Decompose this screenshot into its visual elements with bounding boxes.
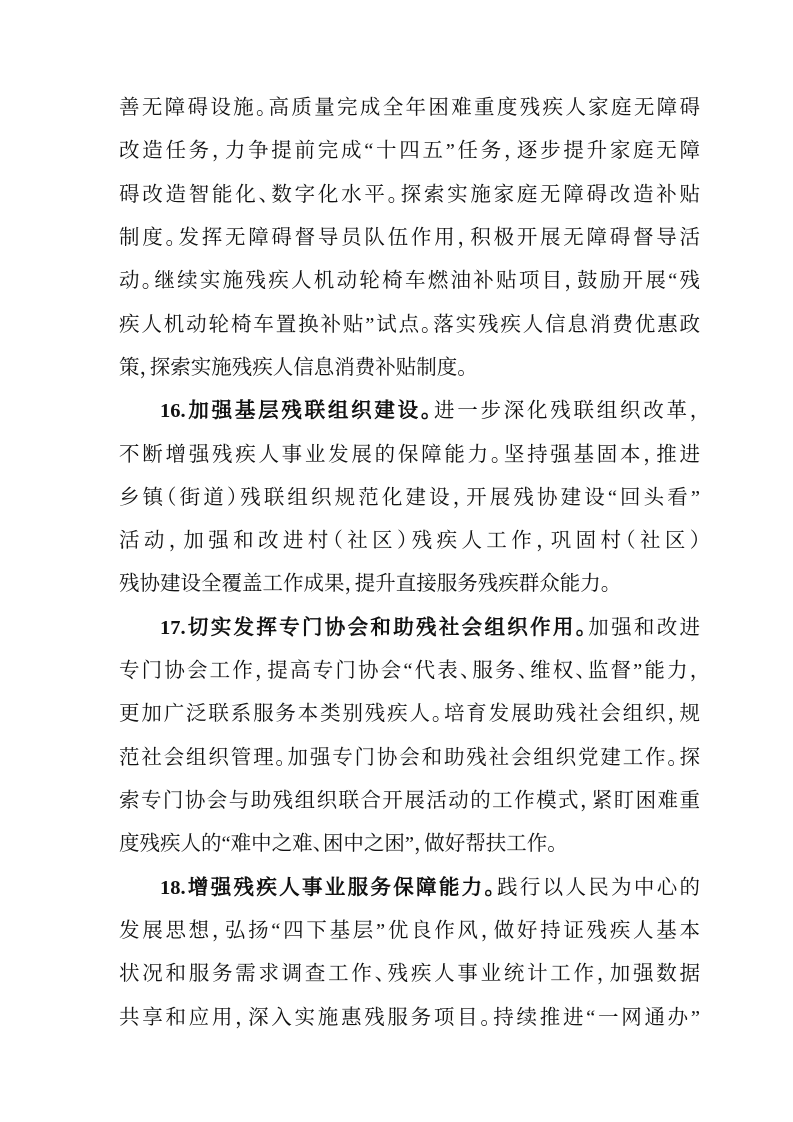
- text-line: 范社会组织管理。加强专门协会和助残社会组织党建工作。探: [119, 737, 700, 780]
- item-18-heading: 18.增强残疾人事业服务保障能力。: [160, 877, 497, 899]
- text-line: 动。继续实施残疾人机动轮椅车燃油补贴项目，鼓励开展“残: [119, 260, 700, 303]
- text-line: 活动，加强和改进村（社区）残疾人工作，巩固村（社区）: [119, 520, 700, 563]
- item-17-heading: 17.切实发挥专门协会和助残社会组织作用。: [160, 617, 588, 639]
- text-line: 改造任务，力争提前完成“十四五”任务，逐步提升家庭无障: [119, 130, 700, 173]
- item-16-heading: 16.加强基层残联组织建设。: [160, 400, 434, 422]
- text-block: 善无障碍设施。高质量完成全年困难重度残疾人家庭无障碍 改造任务，力争提前完成“十…: [119, 87, 700, 1040]
- document-page: 善无障碍设施。高质量完成全年困难重度残疾人家庭无障碍 改造任务，力争提前完成“十…: [0, 0, 793, 1122]
- item-18-first-line: 18.增强残疾人事业服务保障能力。践行以人民为中心的: [119, 867, 700, 910]
- text-line: 更加广泛联系服务本类别残疾人。培育发展助残社会组织，规: [119, 693, 700, 736]
- item-17-first-line: 17.切实发挥专门协会和助残社会组织作用。加强和改进: [119, 607, 700, 650]
- paragraph-continuation: 善无障碍设施。高质量完成全年困难重度残疾人家庭无障碍 改造任务，力争提前完成“十…: [119, 87, 700, 390]
- text-line: 度残疾人的“难中之难、困中之困”，做好帮扶工作。: [119, 823, 700, 866]
- text-line: 共享和应用，深入实施惠残服务项目。持续推进“一网通办”: [119, 997, 700, 1040]
- text-line: 善无障碍设施。高质量完成全年困难重度残疾人家庭无障碍: [119, 87, 700, 130]
- text-line: 策，探索实施残疾人信息消费补贴制度。: [119, 347, 700, 390]
- text-line: 状况和服务需求调查工作、残疾人事业统计工作，加强数据: [119, 953, 700, 996]
- text-line: 乡镇（街道）残联组织规范化建设，开展残协建设“回头看”: [119, 477, 700, 520]
- text-line: 发展思想，弘扬“四下基层”优良作风，做好持证残疾人基本: [119, 910, 700, 953]
- text-line: 疾人机动轮椅车置换补贴”试点。落实残疾人信息消费优惠政: [119, 304, 700, 347]
- text-line: 索专门协会与助残组织联合开展活动的工作模式，紧盯困难重: [119, 780, 700, 823]
- item-16-first-line-rest: 进一步深化残联组织改革，: [434, 400, 700, 422]
- text-line: 残协建设全覆盖工作成果，提升直接服务残疾群众能力。: [119, 563, 700, 606]
- text-line: 不断增强残疾人事业发展的保障能力。坚持强基固本，推进: [119, 434, 700, 477]
- paragraph-item-17: 17.切实发挥专门协会和助残社会组织作用。加强和改进 专门协会工作，提高专门协会…: [119, 607, 700, 867]
- item-17-first-line-rest: 加强和改进: [588, 617, 700, 639]
- item-18-first-line-rest: 践行以人民为中心的: [497, 877, 700, 899]
- item-16-first-line: 16.加强基层残联组织建设。进一步深化残联组织改革，: [119, 390, 700, 433]
- text-line: 制度。发挥无障碍督导员队伍作用，积极开展无障碍督导活: [119, 217, 700, 260]
- text-line: 专门协会工作，提高专门协会“代表、服务、维权、监督”能力，: [119, 650, 700, 693]
- paragraph-item-18: 18.增强残疾人事业服务保障能力。践行以人民为中心的 发展思想，弘扬“四下基层”…: [119, 867, 700, 1040]
- text-line: 碍改造智能化、数字化水平。探索实施家庭无障碍改造补贴: [119, 174, 700, 217]
- paragraph-item-16: 16.加强基层残联组织建设。进一步深化残联组织改革， 不断增强残疾人事业发展的保…: [119, 390, 700, 607]
